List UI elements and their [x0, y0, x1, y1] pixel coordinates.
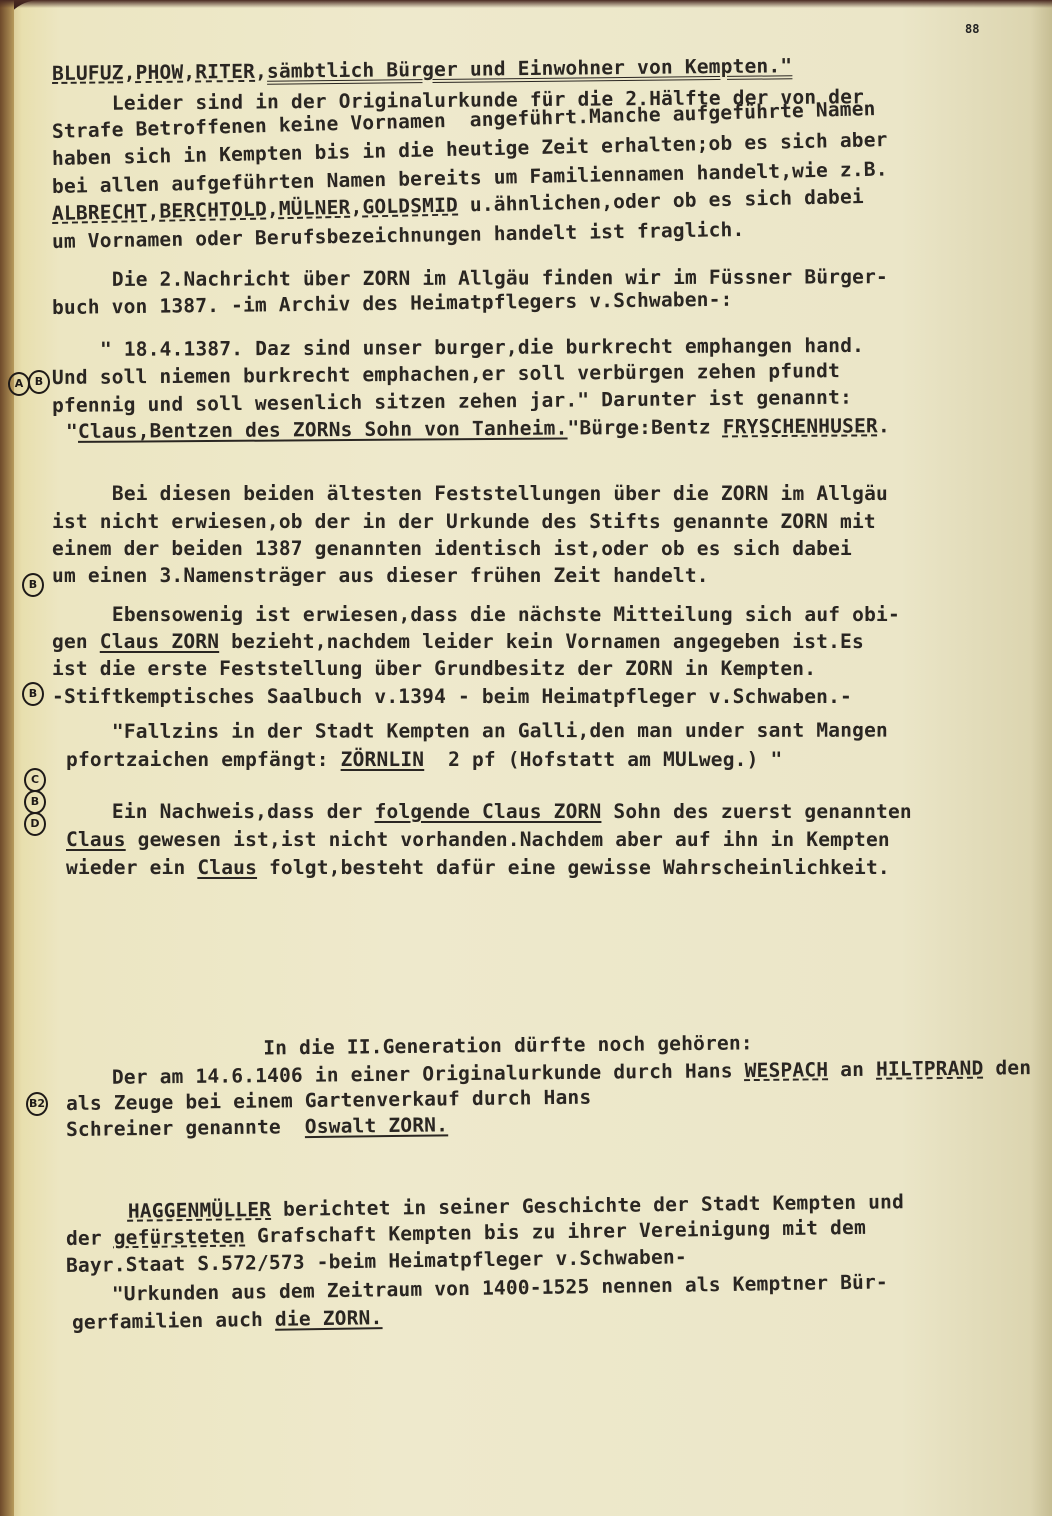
underlined-name: BLUFUZ	[52, 61, 124, 85]
underlined-name: HAGGENMÜLLER	[128, 1198, 272, 1223]
underlined-name: BERCHTOLD	[159, 198, 267, 223]
underlined-name: MÜLNER	[279, 196, 351, 220]
text-segment: gewesen ist,ist nicht vorhanden.Nachdem …	[126, 828, 890, 851]
text-line: Schreiner genannte Oswalt ZORN.	[66, 1113, 448, 1141]
text-line: -Stiftkemptisches Saalbuch v.1394 - beim…	[52, 685, 852, 708]
text-line: "Urkunden aus dem Zeitraum von 1400-1525…	[88, 1270, 888, 1306]
margin-marker: C	[24, 768, 46, 792]
text-segment: buch von 1387. -im Archiv des Heimatpfle…	[52, 288, 733, 319]
text-segment: Schreiner genannte	[66, 1115, 305, 1141]
text-segment: " 18.4.1387. Daz sind unser burger,die b…	[88, 334, 864, 361]
text-segment: "	[66, 420, 78, 443]
underlined-name: Claus,Bentzen des ZORNs Sohn von Tanheim…	[78, 416, 568, 442]
text-segment: pfortzaichen empfängt:	[66, 748, 341, 771]
document-page: 88 BLUFUZ,PHOW,RITER,sämbtlich Bürger un…	[0, 0, 1052, 1516]
text-segment: In die II.Generation dürfte noch gehören…	[120, 1031, 753, 1061]
page-number: 88	[965, 22, 979, 36]
text-line: pfortzaichen empfängt: ZÖRNLIN 2 pf (Hof…	[66, 748, 782, 771]
text-segment: .	[878, 414, 890, 437]
text-line: BLUFUZ,PHOW,RITER,sämbtlich Bürger und E…	[52, 54, 793, 85]
text-line: als Zeuge bei einem Gartenverkauf durch …	[66, 1086, 592, 1115]
text-line: wieder ein Claus folgt,besteht dafür ein…	[66, 856, 890, 879]
text-line: Der am 14.6.1406 in einer Originalurkund…	[88, 1056, 1031, 1089]
margin-marker: B	[22, 682, 44, 706]
text-segment: -Stiftkemptisches Saalbuch v.1394 - beim…	[52, 685, 852, 708]
text-segment: 2 pf (Hofstatt am MULweg.) "	[424, 748, 782, 771]
text-segment: als Zeuge bei einem Gartenverkauf durch …	[66, 1086, 592, 1115]
text-segment: Der am 14.6.1406 in einer Originalurkund…	[88, 1059, 745, 1089]
text-segment: ,	[183, 60, 195, 83]
text-segment: gen	[52, 630, 100, 653]
underlined-name: FRYSCHENHUSER	[723, 414, 878, 438]
text-segment: Sohn des zuerst genannten	[601, 800, 911, 823]
underlined-name: Oswalt ZORN.	[305, 1113, 449, 1138]
text-segment: Ebensowenig ist erwiesen,dass die nächst…	[88, 603, 900, 626]
text-segment: bezieht,nachdem leider kein Vornamen ang…	[219, 630, 864, 653]
underlined-name: GOLDSMID	[362, 193, 458, 218]
text-segment: wieder ein	[66, 856, 197, 879]
underlined-name: PHOW	[135, 61, 183, 84]
text-segment: Bei diesen beiden ältesten Feststellunge…	[88, 482, 888, 505]
underlined-name: ZÖRNLIN	[341, 748, 425, 771]
text-line: Und soll niemen burkrecht emphachen,er s…	[52, 359, 840, 389]
text-segment: um einen 3.Namensträger aus dieser frühe…	[52, 564, 709, 587]
underlined-name: HILTPRAND	[876, 1057, 984, 1081]
text-segment	[104, 1200, 128, 1223]
text-line: Claus gewesen ist,ist nicht vorhanden.Na…	[66, 828, 890, 851]
margin-marker: B	[22, 573, 44, 597]
underlined-name: RITER	[195, 60, 255, 84]
text-segment: gerfamilien auch	[72, 1308, 275, 1334]
underlined-name: Claus	[66, 828, 126, 851]
text-segment: ,	[124, 61, 136, 84]
text-line: ist die erste Feststellung über Grundbes…	[52, 657, 816, 680]
underlined-name: folgende Claus ZORN	[375, 800, 602, 823]
underlined-name: sämbtlich Bürger und Einwohner von Kempt…	[267, 54, 793, 83]
margin-marker: D	[24, 812, 46, 836]
book-gutter	[0, 0, 14, 1516]
text-line: "Fallzins in der Stadt Kempten an Galli,…	[88, 719, 888, 743]
text-segment: ,	[267, 197, 279, 220]
text-line: gen Claus ZORN bezieht,nachdem leider ke…	[52, 630, 864, 653]
text-segment: u.ähnlichen,oder ob es sich dabei	[458, 185, 864, 216]
text-line: um Vornamen oder Berufsbezeichnungen han…	[52, 218, 745, 253]
text-line: Die 2.Nachricht über ZORN im Allgäu find…	[88, 265, 888, 291]
underlined-name: die ZORN.	[275, 1306, 383, 1331]
margin-marker: B2	[26, 1092, 48, 1116]
margin-marker: B	[28, 370, 50, 394]
text-segment: Ein Nachweis,dass der	[88, 800, 375, 823]
text-segment: "Bürge:Bentz	[567, 415, 722, 439]
text-segment: einem der beiden 1387 genannten identisc…	[52, 537, 852, 560]
text-segment: den	[983, 1056, 1031, 1079]
underlined-name: ALBRECHT	[52, 200, 148, 225]
margin-marker: A	[8, 372, 30, 396]
text-line: um einen 3.Namensträger aus dieser frühe…	[52, 564, 709, 587]
text-segment: folgt,besteht dafür eine gewisse Wahrsch…	[257, 856, 890, 879]
text-line: einem der beiden 1387 genannten identisc…	[52, 537, 852, 560]
underlined-name: Claus ZORN	[100, 630, 219, 653]
text-line: In die II.Generation dürfte noch gehören…	[120, 1031, 753, 1061]
text-segment: Und soll niemen burkrecht emphachen,er s…	[52, 359, 840, 389]
text-segment: Die 2.Nachricht über ZORN im Allgäu find…	[88, 265, 888, 291]
text-segment: an	[828, 1058, 876, 1081]
text-line: Ein Nachweis,dass der folgende Claus ZOR…	[88, 800, 912, 823]
underlined-name: WESPACH	[745, 1058, 829, 1082]
margin-marker: B	[24, 790, 46, 814]
text-line: ist nicht erwiesen,ob der in der Urkunde…	[52, 510, 876, 533]
underlined-name: gefürsteten	[114, 1225, 246, 1250]
text-line: buch von 1387. -im Archiv des Heimatpfle…	[52, 288, 733, 319]
text-line: "Claus,Bentzen des ZORNs Sohn von Tanhei…	[66, 414, 890, 443]
text-line: " 18.4.1387. Daz sind unser burger,die b…	[88, 334, 864, 361]
text-segment: Bayr.Staat S.572/573 -beim Heimatpfleger…	[66, 1245, 687, 1277]
text-segment: "Fallzins in der Stadt Kempten an Galli,…	[88, 719, 888, 743]
text-line: pfennig und soll wesenlich sitzen zehen …	[52, 386, 852, 417]
text-segment: pfennig und soll wesenlich sitzen zehen …	[52, 386, 852, 417]
text-segment: ,	[255, 60, 267, 83]
text-line: Ebensowenig ist erwiesen,dass die nächst…	[88, 603, 900, 626]
underlined-name: Claus	[197, 856, 257, 879]
text-line: Bei diesen beiden ältesten Feststellunge…	[88, 482, 888, 505]
text-segment: ,	[350, 195, 362, 218]
text-segment: ist die erste Feststellung über Grundbes…	[52, 657, 816, 680]
text-segment: ist nicht erwiesen,ob der in der Urkunde…	[52, 510, 876, 533]
page-edge-shadow	[0, 0, 1052, 8]
text-segment: der	[66, 1226, 114, 1250]
text-segment: "Urkunden aus dem Zeitraum von 1400-1525…	[88, 1270, 888, 1306]
text-segment: Grafschaft Kempten bis zu ihrer Vereinig…	[245, 1216, 866, 1248]
text-line: Bayr.Staat S.572/573 -beim Heimatpfleger…	[66, 1245, 687, 1277]
text-segment: um Vornamen oder Berufsbezeichnungen han…	[52, 218, 745, 253]
text-line: gerfamilien auch die ZORN.	[72, 1306, 383, 1334]
